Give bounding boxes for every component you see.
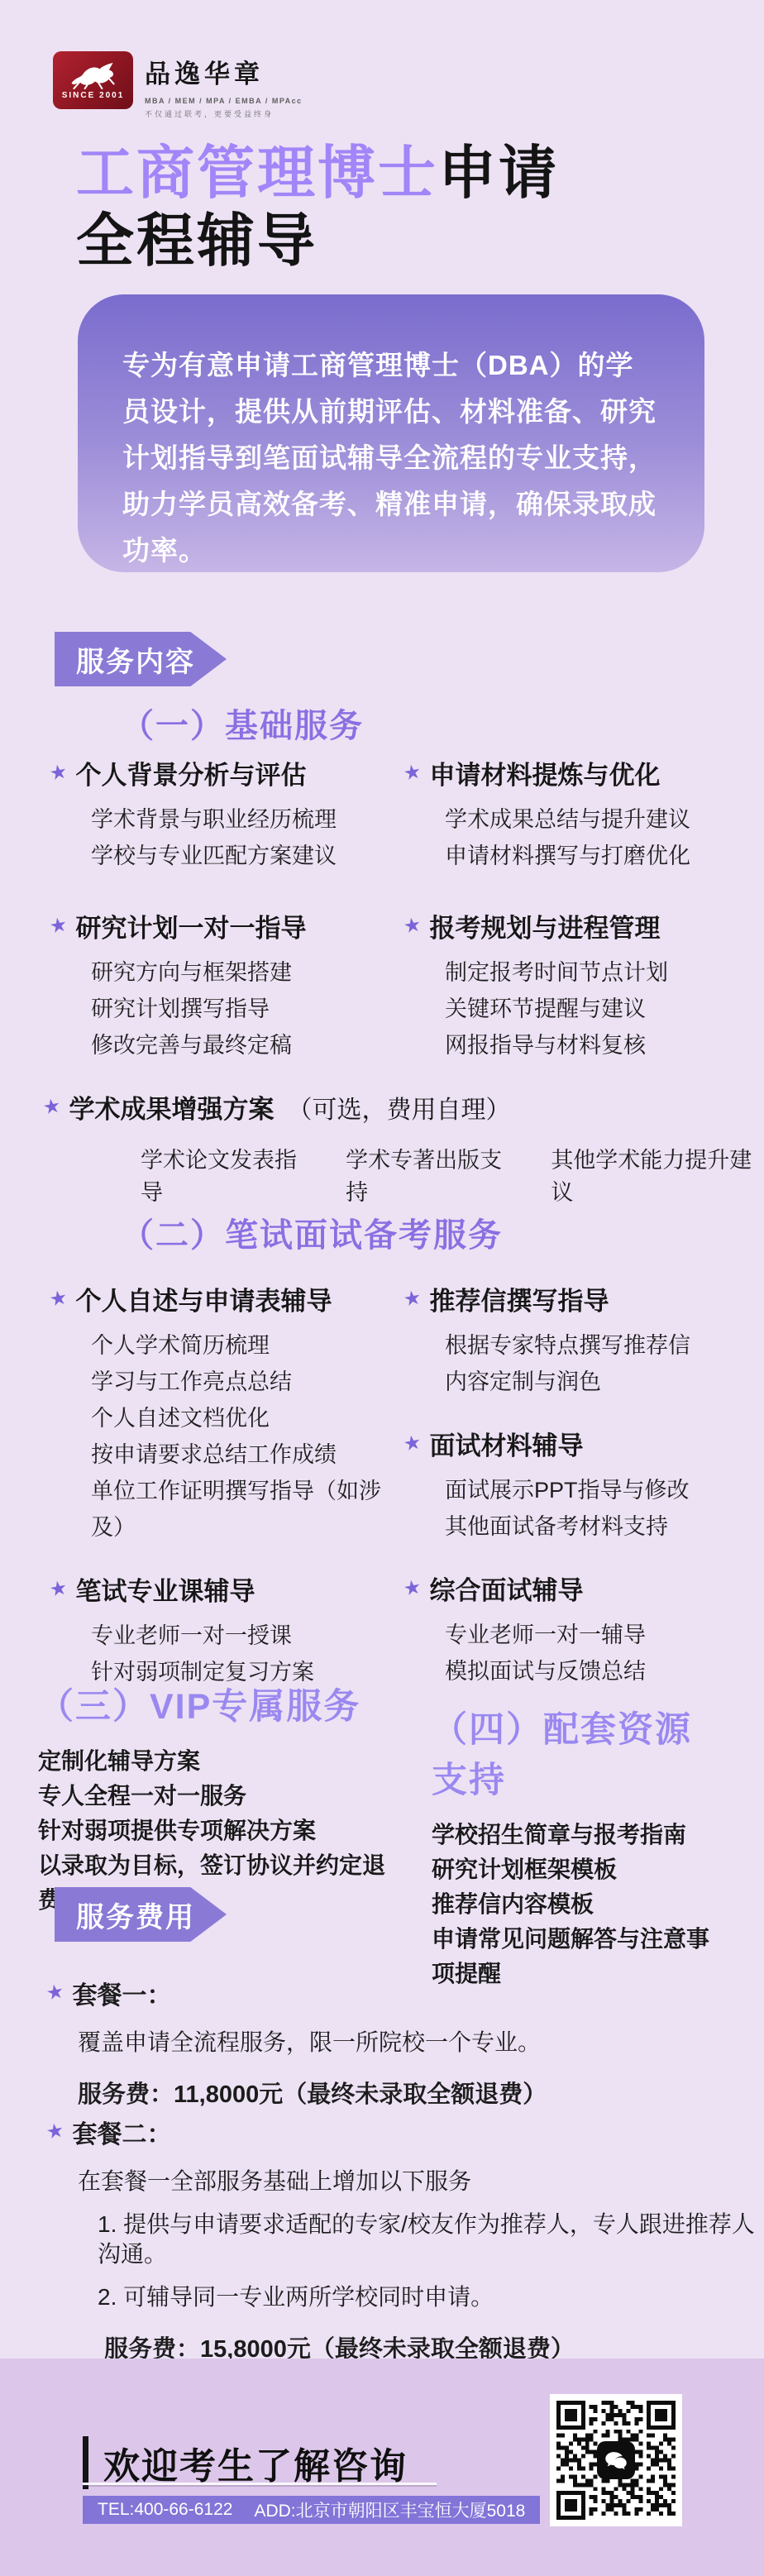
vip-item: 定制化辅导方案 (38, 1744, 394, 1779)
star-icon: ★ (402, 915, 423, 937)
service-group: ★ 个人自述与申请表辅导 个人学术简历梳理 学习与工作亮点总结 个人自述文档优化… (50, 1280, 389, 1546)
basic-services-grid: ★ 个人背景分析与评估 学术背景与职业经历梳理 学校与专业匹配方案建议 ★ 申请… (50, 754, 731, 1063)
service-group-title: 面试材料辅导 (430, 1425, 584, 1462)
service-item: 学习与工作亮点总结 (91, 1364, 389, 1400)
service-group: ★ 申请材料提炼与优化 学术成果总结与提升建议 申请材料撰写与打磨优化 (389, 754, 731, 874)
service-group: ★ 研究计划一对一指导 研究方向与框架搭建 研究计划撰写指导 修改完善与最终定稿 (50, 907, 389, 1063)
service-item: 个人自述文档优化 (91, 1400, 389, 1436)
service-item: 网报指导与材料复核 (445, 1027, 731, 1063)
service-item: 申请材料撰写与打磨优化 (445, 838, 731, 874)
brand-logo: SINCE 2001 (53, 51, 133, 109)
service-item: 关键环节提醒与建议 (445, 991, 731, 1027)
fee-package: ★ 套餐一： 覆盖申请全流程服务，限一所院校一个专业。 服务费：11,8000元… (46, 1975, 547, 2110)
wechat-qr-code (550, 2394, 682, 2526)
fee-package: ★ 套餐二： 在套餐一全部服务基础上增加以下服务 1. 提供与申请要求适配的专家… (46, 2114, 764, 2364)
service-item: 研究方向与框架搭建 (91, 954, 389, 991)
contact-bar: TEL:400-66-6122 ADD:北京市朝阳区丰宝恒大厦5018 (83, 2496, 540, 2524)
service-item: 修改完善与最终定稿 (91, 1027, 389, 1063)
poster-page: SINCE 2001 品逸华章 MBA / MEM / MPA / EMBA /… (0, 0, 764, 2576)
vip-item: 专人全程一对一服务 (38, 1779, 394, 1814)
resource-item: 学校招生简章与报考指南 (432, 1818, 726, 1852)
star-icon: ★ (402, 1432, 423, 1455)
star-icon: ★ (48, 1288, 69, 1310)
service-item: 内容定制与润色 (445, 1364, 731, 1400)
package-intro: 覆盖申请全流程服务，限一所院校一个专业。 (78, 2028, 547, 2057)
exam-services-columns: ★ 个人自述与申请表辅导 个人学术简历梳理 学习与工作亮点总结 个人自述文档优化… (50, 1280, 731, 1690)
service-group: ★ 个人背景分析与评估 学术背景与职业经历梳理 学校与专业匹配方案建议 (50, 754, 389, 874)
service-group-title: 研究计划一对一指导 (76, 907, 307, 944)
title-line2: 全程辅导 (76, 208, 318, 273)
qr-center-wechat-icon (597, 2441, 635, 2479)
vip-item: 针对弱项提供专项解决方案 (38, 1814, 394, 1848)
star-icon: ★ (48, 1578, 69, 1600)
service-item: 专业老师一对一辅导 (445, 1617, 731, 1653)
heading-vip-services: （三）VIP专属服务 (38, 1679, 394, 1729)
service-group: ★ 综合面试辅导 专业老师一对一辅导 模拟面试与反馈总结 (403, 1570, 731, 1689)
service-group-title: 报考规划与进程管理 (430, 907, 661, 944)
footer-underline (83, 2483, 437, 2485)
address-label: ADD:北京市朝阳区丰宝恒大厦5018 (254, 2497, 525, 2522)
section-banner-services-label: 服务内容 (76, 639, 195, 680)
footer-headline: 欢迎考生了解咨询 (83, 2436, 408, 2489)
package-point: 2. 可辅导同一专业两所学校同时申请。 (98, 2282, 764, 2312)
package-title: 套餐二： (73, 2114, 172, 2150)
service-item: 研究计划撰写指导 (91, 991, 389, 1027)
footer: 欢迎考生了解咨询 TEL:400-66-6122 ADD:北京市朝阳区丰宝恒大厦… (0, 2359, 764, 2576)
service-group: ★ 面试材料辅导 面试展示PPT指导与修改 其他面试备考材料支持 (403, 1425, 731, 1545)
star-icon: ★ (45, 2120, 65, 2143)
service-item: 专业老师一对一授课 (91, 1618, 389, 1654)
tel-label: TEL:400-66-6122 (98, 2500, 232, 2520)
vip-resources-columns: （三）VIP专属服务 定制化辅导方案 专人全程一对一服务 针对弱项提供专项解决方… (38, 1679, 726, 1991)
service-group-optional: ★ 学术成果增强方案 （可选，费用自理） 学术论文发表指导 学术专著出版支持 其… (43, 1088, 764, 1207)
brand-name: 品逸华章 (145, 53, 303, 90)
service-item: 学校与专业匹配方案建议 (91, 838, 389, 874)
page-title: 工商管理博士申请 全程辅导 (76, 139, 559, 275)
title-suffix: 申请 (438, 141, 559, 205)
heading-exam-services: （二）笔试面试备考服务 (121, 1209, 503, 1256)
heading-basic-services: （一）基础服务 (121, 700, 364, 747)
service-item: 学术论文发表指导 (141, 1142, 311, 1207)
star-icon: ★ (402, 762, 423, 784)
star-icon: ★ (48, 915, 69, 937)
section-banner-services: 服务内容 (55, 632, 227, 686)
service-group-title: 推荐信撰写指导 (430, 1280, 609, 1317)
section-banner-fees: 服务费用 (55, 1887, 227, 1942)
service-group-title: 笔试专业课辅导 (76, 1570, 255, 1608)
horse-icon (68, 61, 119, 89)
brand-header: SINCE 2001 品逸华章 MBA / MEM / MPA / EMBA /… (53, 51, 303, 119)
service-group: ★ 报考规划与进程管理 制定报考时间节点计划 关键环节提醒与建议 网报指导与材料… (389, 907, 731, 1063)
service-group-title: 申请材料提炼与优化 (430, 754, 661, 791)
brand-slogan: 不仅通过联考，更要受益终身 (145, 108, 303, 119)
service-item: 其他学术能力提升建议 (551, 1142, 764, 1207)
title-highlight: 工商管理博士 (76, 141, 438, 205)
package-intro: 在套餐一全部服务基础上增加以下服务 (78, 2167, 764, 2196)
brand-text: 品逸华章 MBA / MEM / MPA / EMBA / MPAcc 不仅通过… (145, 51, 303, 119)
service-group-title: 个人自述与申请表辅导 (76, 1280, 332, 1317)
star-icon: ★ (41, 1096, 62, 1118)
service-item: 根据专家特点撰写推荐信 (445, 1327, 731, 1364)
resource-item: 研究计划框架模板 (432, 1852, 726, 1887)
service-item: 个人学术简历梳理 (91, 1327, 389, 1364)
star-icon: ★ (45, 1981, 65, 2004)
service-group-title: 综合面试辅导 (430, 1570, 584, 1607)
package-title: 套餐一： (73, 1975, 172, 2011)
service-item: 面试展示PPT指导与修改 (445, 1472, 731, 1508)
brand-programs: MBA / MEM / MPA / EMBA / MPAcc (145, 97, 303, 105)
service-group-title: 个人背景分析与评估 (76, 754, 307, 791)
intro-card: 专为有意申请工商管理博士（DBA）的学员设计，提供从前期评估、材料准备、研究计划… (78, 294, 704, 572)
star-icon: ★ (402, 1577, 423, 1599)
service-item: 学术背景与职业经历梳理 (91, 801, 389, 838)
optional-note: （可选，费用自理） (288, 1089, 511, 1126)
service-group: ★ 笔试专业课辅导 专业老师一对一授课 针对弱项制定复习方案 (50, 1570, 389, 1690)
package-point: 1. 提供与申请要求适配的专家/校友作为推荐人，专人跟进推荐人沟通。 (98, 2210, 764, 2269)
heading-resource-support: （四）配套资源支持 (432, 1702, 726, 1803)
service-item: 学术成果总结与提升建议 (445, 801, 731, 838)
star-icon: ★ (402, 1288, 423, 1310)
star-icon: ★ (48, 762, 69, 784)
service-item: 按申请要求总结工作成绩 (91, 1436, 389, 1473)
package-price: 服务费：11,8000元（最终未录取全额退费） (78, 2076, 547, 2110)
service-item: 其他面试备考材料支持 (445, 1508, 731, 1545)
service-group: ★ 推荐信撰写指导 根据专家特点撰写推荐信 内容定制与润色 (403, 1280, 731, 1400)
service-item: 学术专著出版支持 (346, 1142, 516, 1207)
optional-group-title: 学术成果增强方案 (69, 1088, 275, 1126)
since-label: SINCE 2001 (62, 91, 125, 100)
service-item: 制定报考时间节点计划 (445, 954, 731, 991)
resource-item: 推荐信内容模板 (432, 1887, 726, 1922)
service-item: 单位工作证明撰写指导（如涉及） (91, 1473, 389, 1546)
section-banner-fees-label: 服务费用 (76, 1895, 195, 1935)
